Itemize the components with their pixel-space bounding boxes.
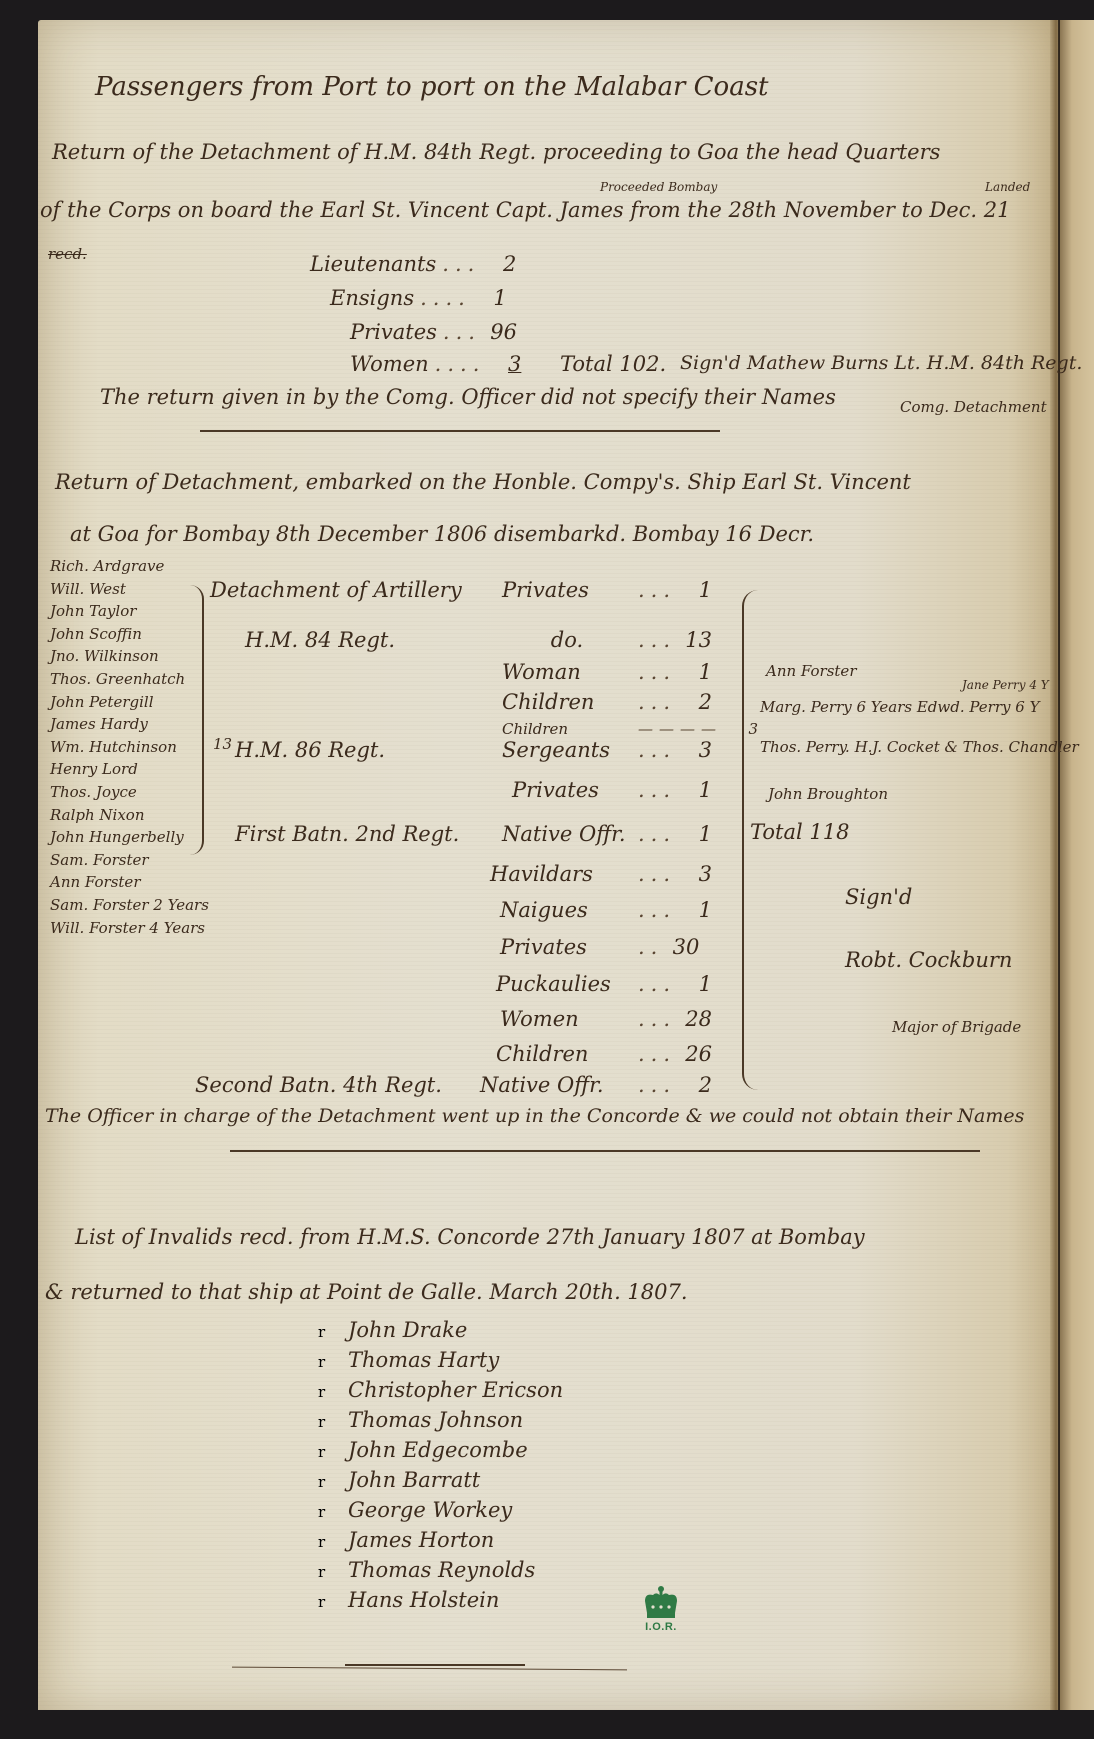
row-value: 1 — [682, 972, 712, 996]
section1-total: Total 102. — [560, 352, 666, 376]
row-label: Naigues — [500, 898, 632, 922]
count-row: Privates...1 — [512, 778, 712, 802]
row-label: Puckaulies — [496, 972, 632, 996]
row-value: 2 — [486, 252, 516, 276]
facing-page-edge — [1060, 20, 1094, 1710]
section2-signed: Sign'd — [845, 885, 912, 909]
count-row: Woman...1 — [502, 660, 712, 684]
section-divider — [230, 1150, 980, 1152]
row-value: 1 — [682, 660, 712, 684]
invalid-name: Thomas Johnson — [348, 1408, 523, 1432]
row-label: Women — [350, 352, 429, 376]
count-row: Havildars...3 — [490, 862, 712, 886]
section2-note: The Officer in charge of the Detachment … — [45, 1105, 1024, 1127]
section1-heading-line1: Return of the Detachment of H.M. 84th Re… — [52, 140, 940, 164]
invalid-entry: rJohn Edgecombe — [318, 1438, 563, 1468]
row-value: 3 — [491, 352, 521, 376]
margin-name: Sam. Forster 2 Years — [50, 894, 220, 917]
right-name: John Broughton — [768, 785, 888, 803]
row-label: Children — [496, 1042, 632, 1066]
invalid-name: John Barratt — [348, 1468, 480, 1492]
row-label: Women — [500, 1007, 632, 1031]
row-value: 2 — [682, 690, 712, 714]
tick-mark: r — [318, 1413, 348, 1431]
invalid-entry: rChristopher Ericson — [318, 1378, 563, 1408]
invalid-entry: rHans Holstein — [318, 1588, 563, 1618]
margin-name: Rich. Ardgrave — [50, 555, 220, 578]
count-row: Privates...1 — [502, 578, 712, 602]
tick-mark: r — [318, 1503, 348, 1521]
section1-note: The return given in by the Comg. Officer… — [100, 385, 836, 409]
count-row: Puckaulies...1 — [496, 972, 712, 996]
row-value: 1 — [682, 898, 712, 922]
unit-label: Second Batn. 4th Regt. — [195, 1073, 442, 1097]
count-row: Privates..30 — [500, 935, 699, 959]
tick-mark: r — [318, 1383, 348, 1401]
invalid-name: John Drake — [348, 1318, 467, 1342]
invalids-list: rJohn Drake rThomas Harty rChristopher E… — [318, 1318, 563, 1618]
count-row: Children...26 — [496, 1042, 712, 1066]
row-label: Havildars — [490, 862, 632, 886]
closing-rule — [345, 1664, 525, 1666]
margin-name: Ann Forster — [50, 871, 220, 894]
section1-signature: Sign'd Mathew Burns Lt. H.M. 84th Regt. — [680, 352, 1082, 374]
count-row: Children...2 — [502, 690, 712, 714]
invalid-entry: rThomas Reynolds — [318, 1558, 563, 1588]
row-label: Lieutenants — [310, 252, 436, 276]
invalid-entry: rGeorge Workey — [318, 1498, 563, 1528]
tick-mark: r — [318, 1353, 348, 1371]
row-value: 13 — [682, 628, 712, 652]
count-row-faint: Children————3 — [502, 720, 758, 738]
right-name: Marg. Perry 6 Years Edwd. Perry 6 Y — [760, 698, 1039, 716]
margin-name: Will. Forster 4 Years — [50, 917, 220, 940]
row-value: 1 — [682, 822, 712, 846]
right-name: Ann Forster — [766, 662, 856, 680]
section1-heading-line2: of the Corps on board the Earl St. Vince… — [40, 198, 1010, 222]
margin-count: 13 — [213, 735, 232, 753]
count-row: Native Offr....1 — [502, 822, 712, 846]
invalid-entry: rJames Horton — [318, 1528, 563, 1558]
unit-label: H.M. 86 Regt. — [235, 738, 385, 762]
row-label: Native Offr. — [502, 822, 632, 846]
row-value: 2 — [682, 1073, 712, 1097]
row-label: Children — [502, 720, 632, 738]
tick-mark: r — [318, 1533, 348, 1551]
row-value: 26 — [682, 1042, 712, 1066]
invalid-name: Thomas Reynolds — [348, 1558, 535, 1582]
unit-label: First Batn. 2nd Regt. — [235, 822, 459, 846]
tick-mark: r — [318, 1563, 348, 1581]
invalid-name: Hans Holstein — [348, 1588, 499, 1612]
count-row: Sergeants...3 — [502, 738, 712, 762]
section3-heading-line1: List of Invalids recd. from H.M.S. Conco… — [75, 1225, 865, 1249]
count-row: Native Offr....2 — [480, 1073, 712, 1097]
section2-signatory: Robt. Cockburn — [845, 948, 1012, 972]
count-row: Naigues...1 — [500, 898, 712, 922]
section1-insert-landed: Landed — [985, 180, 1030, 194]
invalid-entry: rJohn Drake — [318, 1318, 563, 1348]
tick-mark: r — [318, 1443, 348, 1461]
tick-mark: r — [318, 1323, 348, 1341]
section1-row: Women....3 — [350, 352, 521, 376]
row-label: do. — [502, 628, 632, 652]
row-label: Ensigns — [330, 286, 414, 310]
row-label: Privates — [512, 778, 632, 802]
row-value: 1 — [682, 778, 712, 802]
section2-heading-line1: Return of Detachment, embarked on the Ho… — [55, 470, 911, 494]
invalid-entry: rJohn Barratt — [318, 1468, 563, 1498]
invalid-name: Thomas Harty — [348, 1348, 499, 1372]
section2-signatory-title: Major of Brigade — [892, 1018, 1021, 1036]
struck-margin-note: recd. — [48, 245, 87, 263]
row-value: 1 — [682, 578, 712, 602]
section2-total: Total 118 — [750, 820, 849, 844]
row-label: Sergeants — [502, 738, 632, 762]
tick-mark: r — [318, 1473, 348, 1491]
section1-row: Lieutenants...2 — [310, 252, 516, 276]
section-divider — [200, 430, 720, 432]
invalid-name: John Edgecombe — [348, 1438, 528, 1462]
row-label: Children — [502, 690, 632, 714]
section1-insert-proceeded: Proceeded Bombay — [600, 180, 717, 194]
stamp-label: I.O.R. — [636, 1621, 686, 1633]
count-row: Women...28 — [500, 1007, 712, 1031]
margin-bracket — [190, 585, 204, 855]
section3-heading-line2: & returned to that ship at Point de Gall… — [45, 1280, 688, 1304]
row-value: 3 — [682, 862, 712, 886]
invalid-name: George Workey — [348, 1498, 512, 1522]
row-label: Privates — [502, 578, 632, 602]
invalid-entry: rThomas Johnson — [318, 1408, 563, 1438]
page-title: Passengers from Port to port on the Mala… — [95, 72, 769, 102]
unit-label: H.M. 84 Regt. — [245, 628, 395, 652]
invalid-name: Christopher Ericson — [348, 1378, 563, 1402]
ior-stamp: I.O.R. — [636, 1585, 686, 1633]
row-label: Native Offr. — [480, 1073, 632, 1097]
section2-heading-line2: at Goa for Bombay 8th December 1806 dise… — [70, 522, 814, 546]
invalid-name: James Horton — [348, 1528, 494, 1552]
row-value: 28 — [682, 1007, 712, 1031]
row-value: 3 — [682, 738, 712, 762]
row-value: 96 — [487, 320, 517, 344]
row-label: Woman — [502, 660, 632, 684]
count-row: do....13 — [502, 628, 712, 652]
unit-label: Detachment of Artillery — [210, 578, 462, 602]
section1-row: Ensigns....1 — [330, 286, 507, 310]
tick-mark: r — [318, 1593, 348, 1611]
right-name-insert: Jane Perry 4 Y — [962, 678, 1049, 692]
row-value: 30 — [669, 935, 699, 959]
section1-signature-title: Comg. Detachment — [900, 398, 1047, 416]
row-label: Privates — [500, 935, 632, 959]
row-value: 1 — [477, 286, 507, 310]
invalid-entry: rThomas Harty — [318, 1348, 563, 1378]
section1-row: Privates...96 — [350, 320, 517, 344]
crown-icon — [636, 1585, 686, 1621]
row-label: Privates — [350, 320, 437, 344]
right-name: Thos. Perry. H.J. Cocket & Thos. Chandle… — [760, 738, 1079, 756]
